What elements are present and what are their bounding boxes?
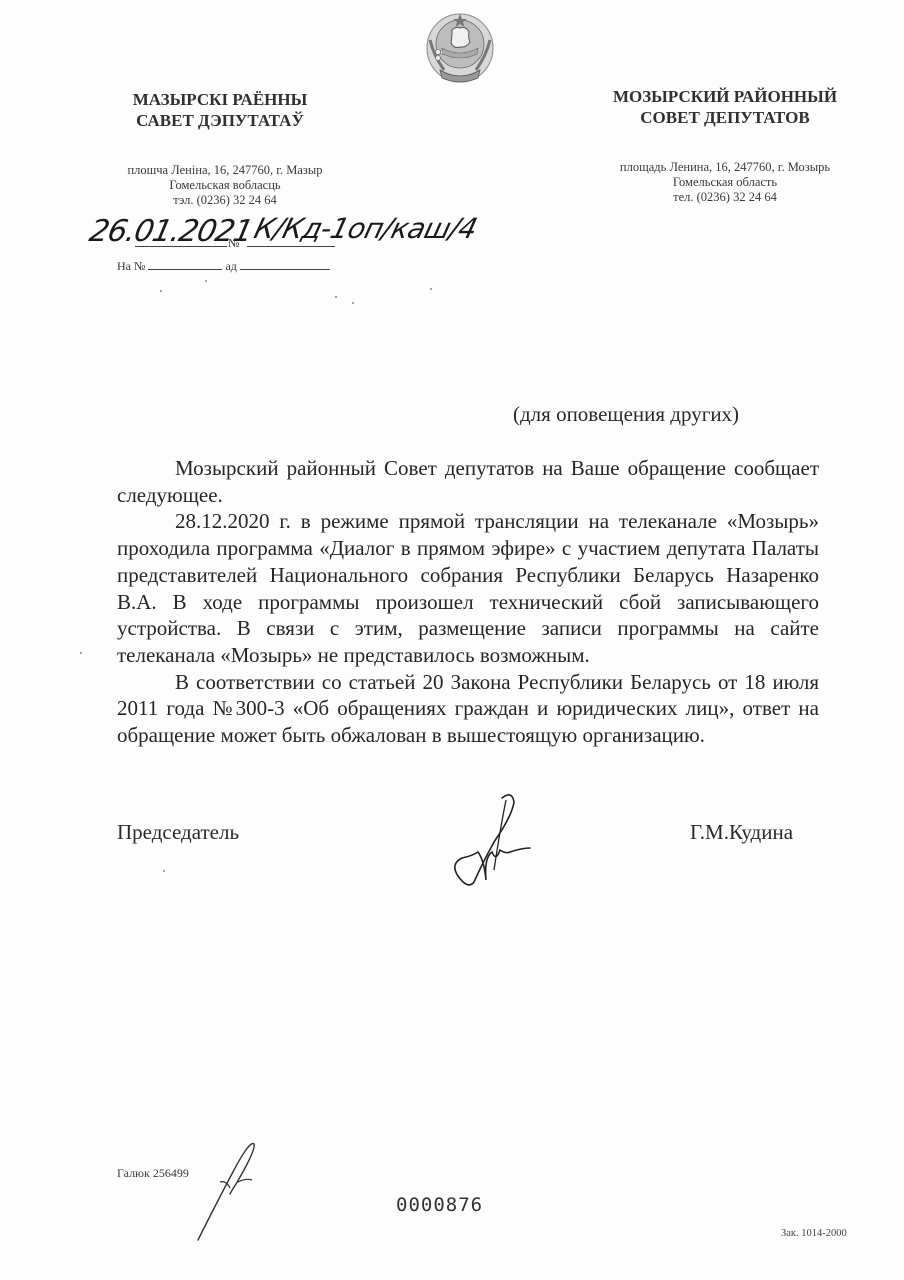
scan-speck xyxy=(205,280,207,282)
registration-number: К/Кд-1оп/каш/4 xyxy=(251,212,481,245)
org-name-belarusian: МАЗЫРСКІ РАЁННЫ САВЕТ ДЭПУТАТАЎ xyxy=(100,89,340,131)
body-paragraph: 28.12.2020 г. в режиме прямой трансляции… xyxy=(117,508,819,668)
org-address-belarusian: плошча Леніна, 16, 247760, г. Мазыр Гоме… xyxy=(100,163,350,208)
scan-speck xyxy=(335,296,337,298)
org-name-line2: СОВЕТ ДЕПУТАТОВ xyxy=(585,107,865,128)
serial-number: 0000876 xyxy=(396,1194,483,1216)
address-street: площадь Ленина, 16, 247760, г. Мозырь xyxy=(595,160,855,175)
scan-speck xyxy=(352,302,354,304)
scan-speck xyxy=(430,288,432,290)
belarus-coat-of-arms-icon xyxy=(424,8,496,88)
reference-date-blank xyxy=(240,269,330,270)
reference-from-label: ад xyxy=(225,259,236,273)
scan-speck xyxy=(163,870,165,872)
reference-line: На № ад xyxy=(117,259,330,274)
org-name-line1: МОЗЫРСКИЙ РАЙОННЫЙ xyxy=(585,86,865,107)
executor-initials-icon xyxy=(190,1140,270,1250)
scan-speck xyxy=(80,652,82,654)
handwritten-signature-icon xyxy=(432,790,552,890)
org-name-russian: МОЗЫРСКИЙ РАЙОННЫЙ СОВЕТ ДЕПУТАТОВ xyxy=(585,86,865,128)
reference-number-blank xyxy=(148,269,222,270)
address-region: Гомельская вобласць xyxy=(100,178,350,193)
address-street: плошча Леніна, 16, 247760, г. Мазыр xyxy=(100,163,350,178)
address-region: Гомельская область xyxy=(595,175,855,190)
executor-name-phone: Галюк 256499 xyxy=(117,1166,189,1181)
org-address-russian: площадь Ленина, 16, 247760, г. Мозырь Го… xyxy=(595,160,855,205)
letter-body: Мозырский районный Совет депутатов на Ва… xyxy=(117,455,819,749)
addressee-note: (для оповещения других) xyxy=(513,402,739,427)
number-underline xyxy=(247,246,335,247)
signatory-name: Г.М.Кудина xyxy=(690,820,793,845)
address-phone: тэл. (0236) 32 24 64 xyxy=(100,193,350,208)
scan-speck xyxy=(160,290,162,292)
print-order-number: Зак. 1014-2000 xyxy=(781,1228,847,1239)
reference-label: На № xyxy=(117,259,145,273)
org-name-line1: МАЗЫРСКІ РАЁННЫ xyxy=(100,89,340,110)
registration-number-label: № xyxy=(228,236,239,251)
body-paragraph: В соответствии со статьей 20 Закона Респ… xyxy=(117,669,819,749)
body-paragraph: Мозырский районный Совет депутатов на Ва… xyxy=(117,455,819,508)
org-name-line2: САВЕТ ДЭПУТАТАЎ xyxy=(100,110,340,131)
address-phone: тел. (0236) 32 24 64 xyxy=(595,190,855,205)
signatory-position: Председатель xyxy=(117,820,239,845)
